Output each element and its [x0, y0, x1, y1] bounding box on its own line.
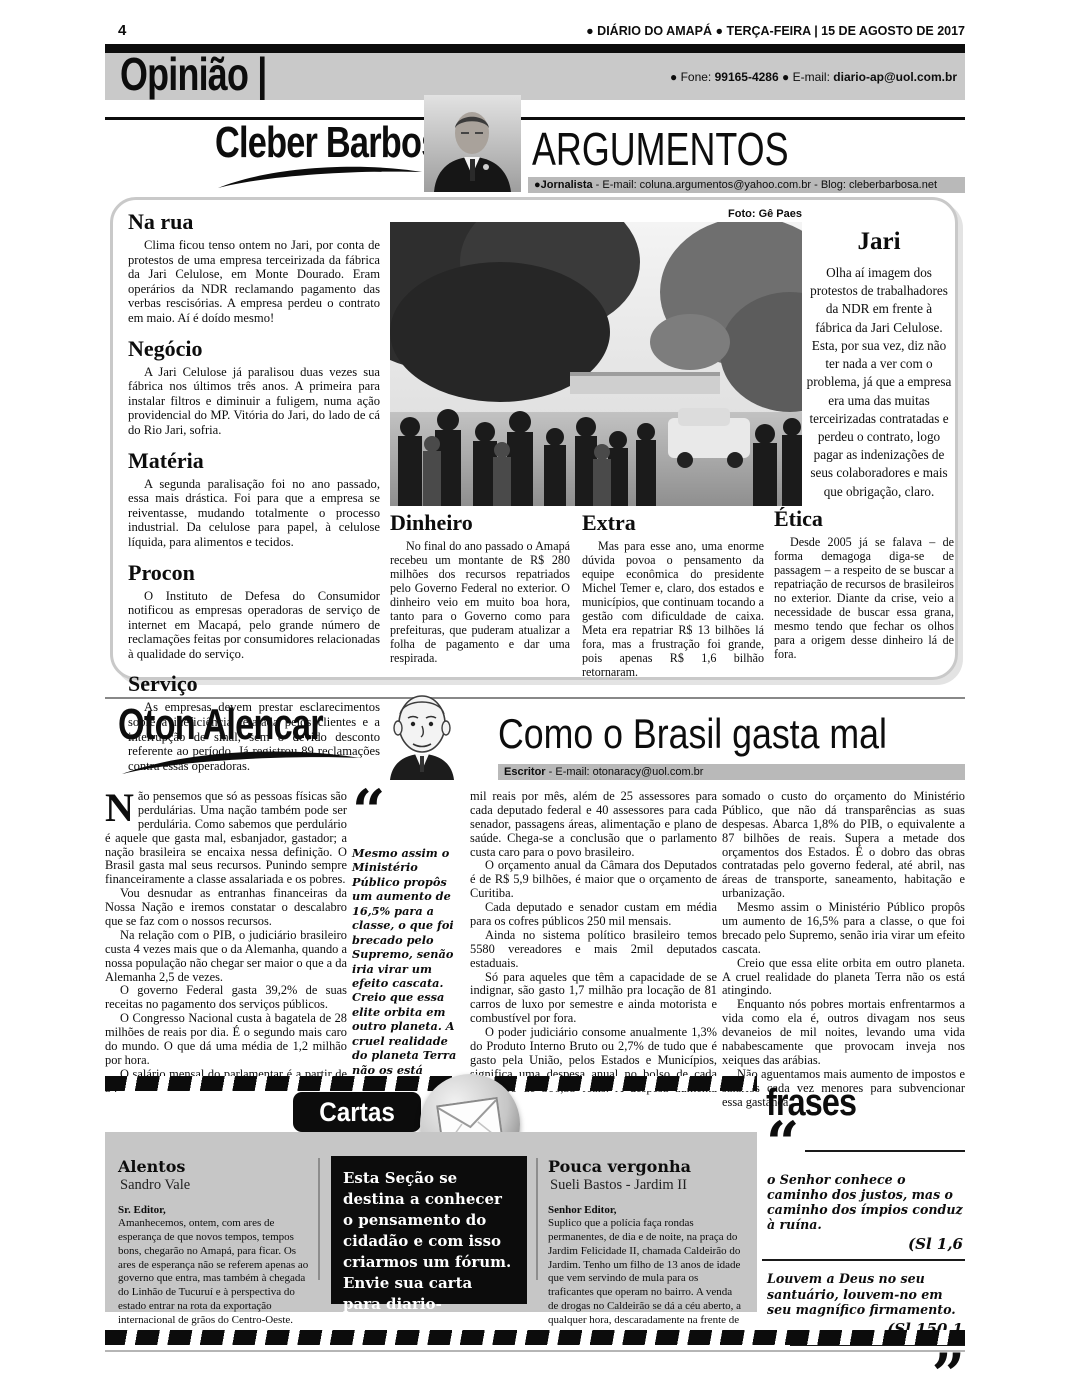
photo-credit: Foto: Gê Paes	[602, 208, 802, 220]
article-column-3: somado o custo do orçamento do Ministéri…	[722, 790, 965, 1109]
paragraph: Não pensemos que só as pessoas físicas s…	[105, 790, 347, 887]
swoosh-underline	[212, 162, 427, 190]
letters-divider	[318, 1158, 320, 1280]
note-title: Na rua	[128, 211, 380, 233]
columnist-caricature-oton	[382, 686, 462, 780]
open-quote-icon: “	[352, 796, 464, 828]
newspaper-page: 4 ● DIÁRIO DO AMAPÁ ● TERÇA-FEIRA | 15 D…	[0, 0, 1069, 1383]
columnist-portrait-cleber	[424, 95, 521, 192]
article-column-1: Não pensemos que só as pessoas físicas s…	[105, 790, 347, 1096]
letter-text: Amanhecemos, ontem, com ares de esperanç…	[118, 1217, 314, 1328]
article-column-2: mil reais por mês, além de 25 assessores…	[470, 790, 717, 1109]
note-dinheiro: Dinheiro No final do ano passado o Amapá…	[390, 512, 570, 665]
note-text: Clima ficou tenso ontem no Jari, por con…	[128, 238, 380, 326]
columnist-name-cleber: Cleber Barbosa	[215, 118, 458, 168]
letter-pouca-vergonha: Pouca vergonha Sueli Bastos - Jardim II …	[548, 1157, 744, 1342]
letters-divider	[536, 1158, 538, 1280]
jari-note: Jari Olha aí imagem dos protestos de tra…	[806, 228, 952, 501]
paragraph: O governo Federal gasta 39,2% de suas re…	[105, 984, 347, 1012]
letter-title: Alentos	[118, 1157, 314, 1176]
note-text: Mas para esse ano, uma enorme dúvida pov…	[582, 539, 764, 679]
pull-quote-text: Mesmo assim o Ministério Público propôs …	[352, 846, 464, 1092]
paragraph: O Congresso Nacional custa à bagatela de…	[105, 1012, 347, 1068]
note-title: Matéria	[128, 450, 380, 472]
letter-salutation: Senhor Editor,	[548, 1204, 744, 1216]
note-title: Procon	[128, 562, 380, 584]
email-label: E-mail:	[793, 70, 830, 84]
letter-author: Sandro Vale	[120, 1177, 314, 1194]
paragraph: Cada deputado e senador custam em média …	[470, 901, 717, 929]
note-text: A segunda paralisação foi no ano passado…	[128, 477, 380, 550]
frases-rule	[805, 1150, 965, 1152]
columnist-name-oton: Oton Alencar	[118, 700, 323, 750]
dashed-divider-bottom	[105, 1330, 965, 1345]
email-value: diario-ap@uol.com.br	[833, 70, 957, 84]
note-etica: Ética Desde 2005 já se falava – de forma…	[774, 508, 954, 661]
column-rule	[105, 697, 965, 699]
note-extra: Extra Mas para esse ano, uma enorme dúvi…	[582, 512, 764, 679]
letter-title: Pouca vergonha	[548, 1157, 744, 1176]
letter-text: Suplico que a polícia faça rondas perman…	[548, 1217, 744, 1342]
byline-detail: - E-mail: otonaracy@uol.com.br	[546, 766, 704, 778]
fone-value: 99165-4286	[715, 70, 779, 84]
swoosh-underline	[116, 746, 366, 776]
dashed-divider-top	[105, 1076, 757, 1091]
quote-text: o Senhor conhece o caminho dos justos, m…	[762, 1172, 965, 1232]
page-number: 4	[118, 22, 126, 39]
paragraph: Na relação com o PIB, o judiciário brasi…	[105, 929, 347, 985]
letter-author: Sueli Bastos - Jardim II	[550, 1177, 744, 1194]
frases-rule	[762, 1259, 965, 1261]
footer-rule	[105, 1350, 965, 1352]
masthead-dateline: ● DIÁRIO DO AMAPÁ ● TERÇA-FEIRA | 15 DE …	[465, 24, 965, 38]
jari-text: Olha aí imagem dos protestos de trabalha…	[806, 264, 952, 501]
notes-column: Na rua Clima ficou tenso ontem no Jari, …	[128, 211, 380, 773]
jari-title: Jari	[806, 228, 952, 256]
byline-role: Escritor	[504, 766, 546, 778]
letter-alentos: Alentos Sandro Vale Sr. Editor, Amanhece…	[118, 1157, 314, 1328]
open-quote-icon: “	[766, 1128, 799, 1160]
note-title: Dinheiro	[390, 512, 570, 534]
bullet-icon: ●	[534, 179, 541, 191]
byline-role: Jornalista	[541, 179, 593, 191]
paragraph: Enquanto nós pobres mortais enfrentarmos…	[722, 998, 965, 1067]
byline-oton: Escritor - E-mail: otonaracy@uol.com.br	[498, 764, 965, 780]
quote-ref: (Sl 1,6	[762, 1235, 963, 1253]
note-title: Ética	[774, 508, 954, 530]
note-text: No final do ano passado o Amapá recebeu …	[390, 539, 570, 665]
paragraph: Mesmo assim o Ministério Público propôs …	[722, 901, 965, 957]
paragraph: O orçamento anual da Câmara dos Deputado…	[470, 859, 717, 901]
column-title-argumentos: ARGUMENTOS	[532, 122, 789, 176]
paragraph: somado o custo do orçamento do Ministéri…	[722, 790, 965, 901]
paragraph: Ainda no sistema político brasileiro tem…	[470, 929, 717, 971]
paragraph: Só para aqueles que têm a capacidade de …	[470, 971, 717, 1027]
fone-label: Fone:	[681, 70, 712, 84]
quote-text: Louvem a Deus no seu santuário, louvem-n…	[762, 1271, 965, 1316]
letter-salutation: Sr. Editor,	[118, 1204, 314, 1216]
section-title: Opinião |	[120, 47, 267, 101]
cartas-notice-box: Esta Seção se destina a conhecer o pensa…	[331, 1156, 527, 1304]
note-title: Extra	[582, 512, 764, 534]
note-title: Negócio	[128, 338, 380, 360]
bullet-icon: ●	[670, 70, 677, 84]
frases-quote-row: “	[766, 1128, 965, 1160]
byline-detail: - E-mail: coluna.argumentos@yahoo.com.br…	[593, 179, 937, 191]
column-title-oton: Como o Brasil gasta mal	[498, 710, 887, 758]
cartas-title: Cartas	[319, 1097, 395, 1128]
note-text: A Jari Celulose já paralisou duas vezes …	[128, 365, 380, 438]
drop-cap: N	[105, 790, 138, 825]
pull-quote: “ Mesmo assim o Ministério Público propô…	[352, 796, 464, 1092]
section-contact: ● Fone: 99165-4286 ● E-mail: diario-ap@u…	[565, 70, 957, 84]
paragraph: Creio que essa elite orbita em outro pla…	[722, 957, 965, 999]
protest-photo	[390, 222, 802, 506]
cartas-header: Cartas	[293, 1092, 421, 1132]
paragraph: Vou desnudar as entranhas financeiras da…	[105, 887, 347, 929]
paragraph: mil reais por mês, além de 25 assessores…	[470, 790, 717, 859]
close-quote-icon: ”	[762, 1362, 965, 1383]
note-title: Serviço	[128, 673, 380, 695]
byline-cleber: ●Jornalista - E-mail: coluna.argumentos@…	[528, 177, 965, 193]
note-text: Desde 2005 já se falava – de forma demag…	[774, 535, 954, 661]
note-text: O Instituto de Defesa do Consumidor noti…	[128, 589, 380, 662]
bullet-icon: ●	[782, 70, 789, 84]
